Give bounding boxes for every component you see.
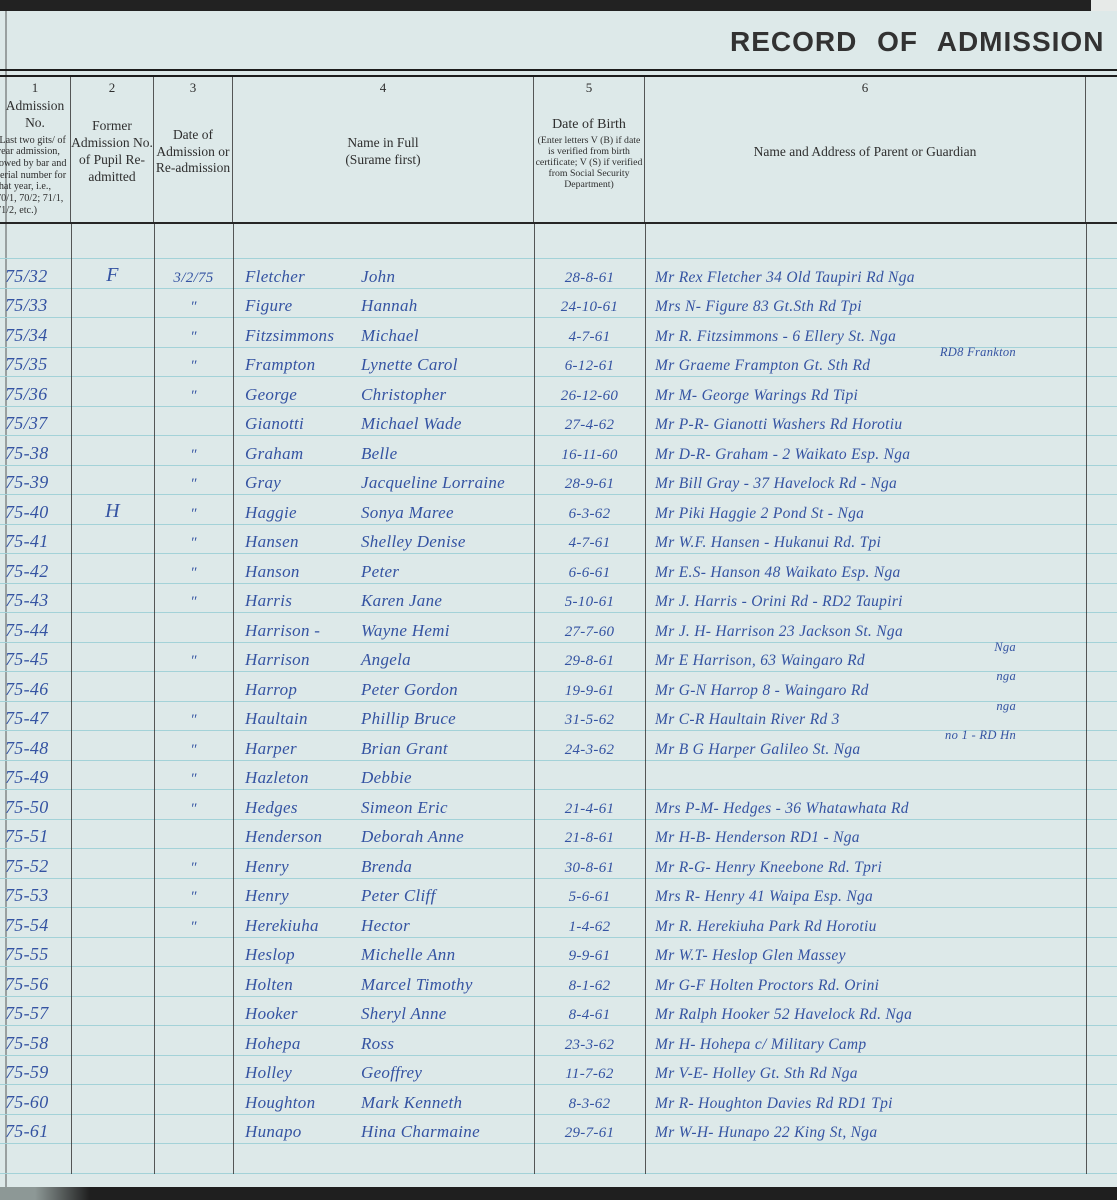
column-header-date-of-admission: 3 Date of Admission or Re-admission bbox=[154, 77, 233, 222]
parent-guardian-cell: Mr R. Herekiuha Park Rd Horotiu bbox=[645, 907, 1086, 937]
former-admission-cell bbox=[71, 996, 154, 1026]
former-admission-cell bbox=[71, 1025, 154, 1055]
admission-no-cell: 75-45 bbox=[0, 642, 71, 672]
admission-no-cell: 75-50 bbox=[0, 789, 71, 819]
date-of-birth-cell: 8-1-62 bbox=[534, 966, 645, 996]
admission-no-cell: 75-42 bbox=[0, 553, 71, 583]
margin-annotation: nga bbox=[996, 669, 1016, 684]
date-of-birth-cell: 5-6-61 bbox=[534, 878, 645, 908]
date-of-birth-cell: 24-10-61 bbox=[534, 288, 645, 318]
table-row: 75-55 HeslopMichelle Ann 9-9-61 Mr W.T- … bbox=[0, 937, 1086, 967]
name-cell: HunapoHina Charmaine bbox=[233, 1114, 534, 1144]
admission-no-cell: 75/34 bbox=[0, 317, 71, 347]
admission-no-cell: 75-58 bbox=[0, 1025, 71, 1055]
admission-no-cell: 75-52 bbox=[0, 848, 71, 878]
former-admission-cell bbox=[71, 465, 154, 495]
admission-no-cell: 75-43 bbox=[0, 583, 71, 613]
former-admission-cell bbox=[71, 1055, 154, 1085]
column-header-parent-guardian: 6 Name and Address of Parent or Guardian bbox=[645, 77, 1086, 222]
former-admission-cell bbox=[71, 819, 154, 849]
table-row: 75/35 ″ FramptonLynette Carol 6-12-61 Mr… bbox=[0, 347, 1086, 377]
date-of-birth-cell: 19-9-61 bbox=[534, 671, 645, 701]
date-of-birth-cell: 30-8-61 bbox=[534, 848, 645, 878]
column-header-date-of-birth: 5 Date of Birth (Enter letters V (B) if … bbox=[534, 77, 645, 222]
parent-guardian-cell: Mr E Harrison, 63 Waingaro RdNga bbox=[645, 642, 1086, 672]
name-cell: HeslopMichelle Ann bbox=[233, 937, 534, 967]
bottom-edge-bar bbox=[0, 1187, 1117, 1200]
parent-guardian-cell: Mr W.F. Hansen - Hukanui Rd. Tpi bbox=[645, 524, 1086, 554]
table-row: 75-45 ″ HarrisonAngela 29-8-61 Mr E Harr… bbox=[0, 642, 1086, 672]
table-row: 75-41 ″ HansenShelley Denise 4-7-61 Mr W… bbox=[0, 524, 1086, 554]
admission-date-cell: ″ bbox=[154, 878, 233, 908]
date-of-birth-cell: 28-9-61 bbox=[534, 465, 645, 495]
former-admission-cell bbox=[71, 1114, 154, 1144]
admission-date-cell: ″ bbox=[154, 465, 233, 495]
table-row: 75-61 HunapoHina Charmaine 29-7-61 Mr W-… bbox=[0, 1114, 1086, 1144]
admission-date-cell: ″ bbox=[154, 435, 233, 465]
parent-guardian-cell: Mr Graeme Frampton Gt. Sth RdRD8 Frankto… bbox=[645, 347, 1086, 377]
admission-date-cell bbox=[154, 1055, 233, 1085]
column-subtitle: (Last two gits/ of year admission, lowed… bbox=[0, 135, 69, 216]
date-of-birth-cell: 8-3-62 bbox=[534, 1084, 645, 1114]
date-of-birth-cell: 9-9-61 bbox=[534, 937, 645, 967]
page-title: RECORD OF ADMISSION bbox=[730, 26, 1104, 58]
name-cell: GrahamBelle bbox=[233, 435, 534, 465]
date-of-birth-cell: 5-10-61 bbox=[534, 583, 645, 613]
former-admission-cell bbox=[71, 1084, 154, 1114]
name-cell: HazletonDebbie bbox=[233, 760, 534, 790]
admission-date-cell: ″ bbox=[154, 347, 233, 377]
table-row: 75-40 H ″ HaggieSonya Maree 6-3-62 Mr Pi… bbox=[0, 494, 1086, 524]
date-of-birth-cell: 27-7-60 bbox=[534, 612, 645, 642]
date-of-birth-cell: 26-12-60 bbox=[534, 376, 645, 406]
admission-date-cell: ″ bbox=[154, 288, 233, 318]
parent-guardian-cell: Mr Piki Haggie 2 Pond St - Nga bbox=[645, 494, 1086, 524]
date-of-birth-cell: 16-11-60 bbox=[534, 435, 645, 465]
column-number: 3 bbox=[154, 77, 232, 96]
admission-no-cell: 75-40 bbox=[0, 494, 71, 524]
former-admission-cell bbox=[71, 347, 154, 377]
admission-no-cell: 75-47 bbox=[0, 701, 71, 731]
former-admission-cell bbox=[71, 612, 154, 642]
table-row: 75-47 ″ HaultainPhillip Bruce 31-5-62 Mr… bbox=[0, 701, 1086, 731]
date-of-birth-cell: 21-8-61 bbox=[534, 819, 645, 849]
name-cell: FigureHannah bbox=[233, 288, 534, 318]
table-row: 75-51 HendersonDeborah Anne 21-8-61 Mr H… bbox=[0, 819, 1086, 849]
admission-no-cell: 75-60 bbox=[0, 1084, 71, 1114]
name-cell: HarropPeter Gordon bbox=[233, 671, 534, 701]
former-admission-cell bbox=[71, 848, 154, 878]
parent-guardian-cell: Mr Rex Fletcher 34 Old Taupiri Rd Nga bbox=[645, 258, 1086, 288]
column-subtitle: (Surame first) bbox=[345, 152, 420, 169]
admission-no-cell: 75/32 bbox=[0, 258, 71, 288]
name-cell: HookerSheryl Anne bbox=[233, 996, 534, 1026]
column-title: Name in Full bbox=[347, 135, 418, 152]
date-of-birth-cell: 8-4-61 bbox=[534, 996, 645, 1026]
column-number: 2 bbox=[71, 77, 153, 96]
name-cell: HedgesSimeon Eric bbox=[233, 789, 534, 819]
admission-no-cell: 75-61 bbox=[0, 1114, 71, 1144]
admission-no-cell: 75-51 bbox=[0, 819, 71, 849]
name-cell: HerekiuhaHector bbox=[233, 907, 534, 937]
admission-date-cell: ″ bbox=[154, 553, 233, 583]
former-admission-cell bbox=[71, 435, 154, 465]
admission-no-cell: 75/36 bbox=[0, 376, 71, 406]
admission-no-cell: 75-56 bbox=[0, 966, 71, 996]
admission-date-cell bbox=[154, 1114, 233, 1144]
parent-guardian-cell: Mr W-H- Hunapo 22 King St, Nga bbox=[645, 1114, 1086, 1144]
table-row: 75/36 ″ GeorgeChristopher 26-12-60 Mr M-… bbox=[0, 376, 1086, 406]
parent-guardian-cell: Mr Bill Gray - 37 Havelock Rd - Nga bbox=[645, 465, 1086, 495]
ruled-line bbox=[0, 1173, 1117, 1174]
admission-date-cell bbox=[154, 966, 233, 996]
admission-date-cell bbox=[154, 406, 233, 436]
former-admission-cell bbox=[71, 966, 154, 996]
table-row: 75/34 ″ FitzsimmonsMichael 4-7-61 Mr R. … bbox=[0, 317, 1086, 347]
former-admission-cell bbox=[71, 288, 154, 318]
admission-no-cell: 75-39 bbox=[0, 465, 71, 495]
former-admission-cell bbox=[71, 524, 154, 554]
table-row: 75-46 HarropPeter Gordon 19-9-61 Mr G-N … bbox=[0, 671, 1086, 701]
parent-guardian-cell: Mr P-R- Gianotti Washers Rd Horotiu bbox=[645, 406, 1086, 436]
admission-date-cell bbox=[154, 671, 233, 701]
table-row: 75-49 ″ HazletonDebbie bbox=[0, 760, 1086, 790]
name-cell: HarrisonAngela bbox=[233, 642, 534, 672]
table-row: 75-53 ″ HenryPeter Cliff 5-6-61 Mrs R- H… bbox=[0, 878, 1086, 908]
parent-guardian-cell: Mr V-E- Holley Gt. Sth Rd Nga bbox=[645, 1055, 1086, 1085]
table-row: 75-44 Harrison -Wayne Hemi 27-7-60 Mr J.… bbox=[0, 612, 1086, 642]
former-admission-cell: F bbox=[71, 258, 154, 288]
table-row: 75-50 ″ HedgesSimeon Eric 21-4-61 Mrs P-… bbox=[0, 789, 1086, 819]
admission-no-cell: 75-59 bbox=[0, 1055, 71, 1085]
admission-date-cell: ″ bbox=[154, 848, 233, 878]
margin-annotation: nga bbox=[996, 699, 1016, 714]
former-admission-cell bbox=[71, 642, 154, 672]
table-row: 75/33 ″ FigureHannah 24-10-61 Mrs N- Fig… bbox=[0, 288, 1086, 318]
date-of-birth-cell: 6-6-61 bbox=[534, 553, 645, 583]
name-cell: GeorgeChristopher bbox=[233, 376, 534, 406]
admission-date-cell: ″ bbox=[154, 760, 233, 790]
name-cell: HaultainPhillip Bruce bbox=[233, 701, 534, 731]
column-title: Name and Address of Parent or Guardian bbox=[754, 144, 977, 161]
date-of-birth-cell: 31-5-62 bbox=[534, 701, 645, 731]
admission-date-cell bbox=[154, 996, 233, 1026]
admission-no-cell: 75-44 bbox=[0, 612, 71, 642]
former-admission-cell bbox=[71, 376, 154, 406]
column-header-name-in-full: 4 Name in Full (Surame first) bbox=[233, 77, 534, 222]
name-cell: FitzsimmonsMichael bbox=[233, 317, 534, 347]
parent-guardian-cell: Mr R- Houghton Davies Rd RD1 Tpi bbox=[645, 1084, 1086, 1114]
admission-date-cell bbox=[154, 1025, 233, 1055]
table-row: 75-39 ″ GrayJacqueline Lorraine 28-9-61 … bbox=[0, 465, 1086, 495]
parent-guardian-cell: Mr E.S- Hanson 48 Waikato Esp. Nga bbox=[645, 553, 1086, 583]
name-cell: HarperBrian Grant bbox=[233, 730, 534, 760]
admission-date-cell: ″ bbox=[154, 317, 233, 347]
column-header-admission-no: 1 Admission No. (Last two gits/ of year … bbox=[0, 77, 71, 222]
parent-guardian-cell: Mr H- Hohepa c/ Military Camp bbox=[645, 1025, 1086, 1055]
admission-no-cell: 75/37 bbox=[0, 406, 71, 436]
former-admission-cell bbox=[71, 730, 154, 760]
table-row: 75/37 GianottiMichael Wade 27-4-62 Mr P-… bbox=[0, 406, 1086, 436]
admission-no-cell: 75-55 bbox=[0, 937, 71, 967]
name-cell: HaggieSonya Maree bbox=[233, 494, 534, 524]
former-admission-cell bbox=[71, 907, 154, 937]
name-cell: HenryPeter Cliff bbox=[233, 878, 534, 908]
admission-date-cell: ″ bbox=[154, 907, 233, 937]
table-row: 75-58 HohepaRoss 23-3-62 Mr H- Hohepa c/… bbox=[0, 1025, 1086, 1055]
former-admission-cell bbox=[71, 553, 154, 583]
table-row: 75/32 F 3/2/75 FletcherJohn 28-8-61 Mr R… bbox=[0, 258, 1086, 288]
parent-guardian-cell bbox=[645, 760, 1086, 790]
parent-guardian-cell: Mr M- George Warings Rd Tipi bbox=[645, 376, 1086, 406]
date-of-birth-cell: 24-3-62 bbox=[534, 730, 645, 760]
column-title: Date of Admission or Re-admission bbox=[154, 127, 232, 178]
table-row: 75-56 HoltenMarcel Timothy 8-1-62 Mr G-F… bbox=[0, 966, 1086, 996]
date-of-birth-cell: 23-3-62 bbox=[534, 1025, 645, 1055]
column-title: Former Admission No. of Pupil Re-admitte… bbox=[71, 118, 153, 186]
column-number: 6 bbox=[645, 77, 1085, 96]
parent-guardian-cell: Mr D-R- Graham - 2 Waikato Esp. Nga bbox=[645, 435, 1086, 465]
admission-date-cell: ″ bbox=[154, 701, 233, 731]
admission-no-cell: 75-41 bbox=[0, 524, 71, 554]
name-cell: HendersonDeborah Anne bbox=[233, 819, 534, 849]
parent-guardian-cell: Mrs P-M- Hedges - 36 Whatawhata Rd bbox=[645, 789, 1086, 819]
name-cell: HansenShelley Denise bbox=[233, 524, 534, 554]
ruled-line bbox=[0, 1143, 1117, 1144]
admission-date-cell: ″ bbox=[154, 524, 233, 554]
admission-no-cell: 75-46 bbox=[0, 671, 71, 701]
admission-date-cell: ″ bbox=[154, 730, 233, 760]
admission-date-cell: ″ bbox=[154, 494, 233, 524]
table-header-row: 1 Admission No. (Last two gits/ of year … bbox=[0, 77, 1117, 222]
date-of-birth-cell: 4-7-61 bbox=[534, 317, 645, 347]
parent-guardian-cell: Mrs R- Henry 41 Waipa Esp. Nga bbox=[645, 878, 1086, 908]
margin-annotation: RD8 Frankton bbox=[940, 345, 1016, 360]
table-row: 75-59 HolleyGeoffrey 11-7-62 Mr V-E- Hol… bbox=[0, 1055, 1086, 1085]
parent-guardian-cell: Mr B G Harper Galileo St. Ngano 1 - RD H… bbox=[645, 730, 1086, 760]
admission-date-cell: ″ bbox=[154, 376, 233, 406]
name-cell: HenryBrenda bbox=[233, 848, 534, 878]
top-edge-bar bbox=[0, 0, 1117, 11]
date-of-birth-cell: 6-3-62 bbox=[534, 494, 645, 524]
column-number: 1 bbox=[0, 77, 70, 96]
table-row: 75-38 ″ GrahamBelle 16-11-60 Mr D-R- Gra… bbox=[0, 435, 1086, 465]
admission-no-cell: 75/35 bbox=[0, 347, 71, 377]
name-cell: HoughtonMark Kenneth bbox=[233, 1084, 534, 1114]
table-body: 75/32 F 3/2/75 FletcherJohn 28-8-61 Mr R… bbox=[0, 222, 1117, 1187]
parent-guardian-cell: Mrs N- Figure 83 Gt.Sth Rd Tpi bbox=[645, 288, 1086, 318]
admission-date-cell: ″ bbox=[154, 789, 233, 819]
name-cell: HohepaRoss bbox=[233, 1025, 534, 1055]
margin-column bbox=[1086, 77, 1117, 222]
date-of-birth-cell: 29-7-61 bbox=[534, 1114, 645, 1144]
name-cell: FletcherJohn bbox=[233, 258, 534, 288]
former-admission-cell bbox=[71, 789, 154, 819]
column-number: 4 bbox=[233, 77, 533, 96]
date-of-birth-cell: 29-8-61 bbox=[534, 642, 645, 672]
admission-no-cell: 75-38 bbox=[0, 435, 71, 465]
table-row: 75-42 ″ HansonPeter 6-6-61 Mr E.S- Hanso… bbox=[0, 553, 1086, 583]
date-of-birth-cell: 4-7-61 bbox=[534, 524, 645, 554]
admission-no-cell: 75-48 bbox=[0, 730, 71, 760]
parent-guardian-cell: Mr J. H- Harrison 23 Jackson St. Nga bbox=[645, 612, 1086, 642]
former-admission-cell bbox=[71, 317, 154, 347]
name-cell: HolleyGeoffrey bbox=[233, 1055, 534, 1085]
name-cell: FramptonLynette Carol bbox=[233, 347, 534, 377]
admission-no-cell: 75/33 bbox=[0, 288, 71, 318]
parent-guardian-cell: Mr G-F Holten Proctors Rd. Orini bbox=[645, 966, 1086, 996]
parent-guardian-cell: Mr H-B- Henderson RD1 - Nga bbox=[645, 819, 1086, 849]
former-admission-cell bbox=[71, 583, 154, 613]
admission-date-cell: 3/2/75 bbox=[154, 258, 233, 288]
date-of-birth-cell: 21-4-61 bbox=[534, 789, 645, 819]
date-of-birth-cell: 28-8-61 bbox=[534, 258, 645, 288]
date-of-birth-cell: 1-4-62 bbox=[534, 907, 645, 937]
name-cell: GrayJacqueline Lorraine bbox=[233, 465, 534, 495]
column-subtitle: (Enter letters V (B) if date is verified… bbox=[534, 135, 644, 191]
date-of-birth-cell: 27-4-62 bbox=[534, 406, 645, 436]
admission-no-cell: 75-54 bbox=[0, 907, 71, 937]
former-admission-cell bbox=[71, 937, 154, 967]
table-row: 75-48 ″ HarperBrian Grant 24-3-62 Mr B G… bbox=[0, 730, 1086, 760]
table-row: 75-52 ″ HenryBrenda 30-8-61 Mr R-G- Henr… bbox=[0, 848, 1086, 878]
admission-register-page: RECORD OF ADMISSION 1 Admission No. (Las… bbox=[0, 0, 1117, 1200]
column-number: 5 bbox=[534, 77, 644, 96]
parent-guardian-cell: Mr R. Fitzsimmons - 6 Ellery St. Nga bbox=[645, 317, 1086, 347]
admission-date-cell bbox=[154, 819, 233, 849]
column-divider bbox=[1086, 224, 1087, 1174]
admission-date-cell: ″ bbox=[154, 583, 233, 613]
admission-date-cell: ″ bbox=[154, 642, 233, 672]
name-cell: Harrison -Wayne Hemi bbox=[233, 612, 534, 642]
name-cell: HarrisKaren Jane bbox=[233, 583, 534, 613]
former-admission-cell bbox=[71, 701, 154, 731]
admission-no-cell: 75-57 bbox=[0, 996, 71, 1026]
admission-date-cell bbox=[154, 612, 233, 642]
column-title: Admission No. bbox=[0, 98, 70, 132]
former-admission-cell bbox=[71, 878, 154, 908]
column-title: Date of Birth bbox=[534, 116, 644, 134]
date-of-birth-cell bbox=[534, 760, 645, 790]
date-of-birth-cell: 6-12-61 bbox=[534, 347, 645, 377]
margin-annotation: no 1 - RD Hn bbox=[945, 728, 1016, 743]
admission-no-cell: 75-53 bbox=[0, 878, 71, 908]
parent-guardian-cell: Mr W.T- Heslop Glen Massey bbox=[645, 937, 1086, 967]
margin-annotation: Nga bbox=[994, 640, 1016, 655]
admission-date-cell bbox=[154, 1084, 233, 1114]
parent-guardian-cell: Mr C-R Haultain River Rd 3nga bbox=[645, 701, 1086, 731]
admission-no-cell: 75-49 bbox=[0, 760, 71, 790]
former-admission-cell: H bbox=[71, 494, 154, 524]
table-row: 75-43 ″ HarrisKaren Jane 5-10-61 Mr J. H… bbox=[0, 583, 1086, 613]
former-admission-cell bbox=[71, 760, 154, 790]
table-row: 75-57 HookerSheryl Anne 8-4-61 Mr Ralph … bbox=[0, 996, 1086, 1026]
header-double-rule bbox=[0, 69, 1117, 77]
column-header-former-admission: 2 Former Admission No. of Pupil Re-admit… bbox=[71, 77, 154, 222]
name-cell: HoltenMarcel Timothy bbox=[233, 966, 534, 996]
date-of-birth-cell: 11-7-62 bbox=[534, 1055, 645, 1085]
top-corner-notch bbox=[1091, 0, 1117, 11]
parent-guardian-cell: Mr R-G- Henry Kneebone Rd. Tpri bbox=[645, 848, 1086, 878]
parent-guardian-cell: Mr Ralph Hooker 52 Havelock Rd. Nga bbox=[645, 996, 1086, 1026]
table-row: 75-54 ″ HerekiuhaHector 1-4-62 Mr R. Her… bbox=[0, 907, 1086, 937]
name-cell: GianottiMichael Wade bbox=[233, 406, 534, 436]
table-row: 75-60 HoughtonMark Kenneth 8-3-62 Mr R- … bbox=[0, 1084, 1086, 1114]
name-cell: HansonPeter bbox=[233, 553, 534, 583]
admission-date-cell bbox=[154, 937, 233, 967]
former-admission-cell bbox=[71, 406, 154, 436]
former-admission-cell bbox=[71, 671, 154, 701]
parent-guardian-cell: Mr G-N Harrop 8 - Waingaro Rdnga bbox=[645, 671, 1086, 701]
parent-guardian-cell: Mr J. Harris - Orini Rd - RD2 Taupiri bbox=[645, 583, 1086, 613]
